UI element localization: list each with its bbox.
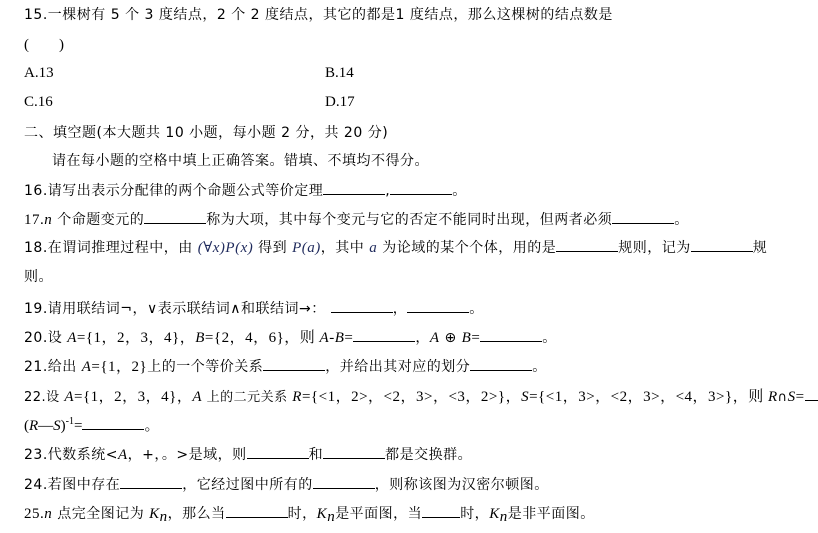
separator: ， bbox=[393, 301, 408, 317]
text: 时， bbox=[460, 506, 489, 522]
question-number: 17. bbox=[24, 212, 44, 228]
question-21: 21.给出 A={1，2}上的一个等价关系，并给出其对应的划分。 bbox=[24, 356, 547, 376]
answer-blank[interactable] bbox=[480, 327, 542, 342]
math-var: K bbox=[317, 506, 328, 522]
period: 。 bbox=[674, 212, 689, 228]
equals: = bbox=[796, 389, 805, 405]
math-var: A bbox=[67, 330, 77, 346]
question-15-text: 15.一棵树有 5 个 3 度结点，2 个 2 度结点，其它的都是1 度结点，那… bbox=[24, 7, 613, 23]
period: 。 bbox=[532, 359, 547, 375]
question-number: 25. bbox=[24, 506, 44, 522]
question-20: 20.设 A={1，2，3，4}，B={2，4，6}，则 A-B=，A ⊕ B=… bbox=[24, 327, 557, 347]
equals: = bbox=[344, 330, 353, 346]
option-a: A.13 bbox=[24, 65, 54, 82]
text: 20.设 bbox=[24, 330, 67, 346]
answer-blank[interactable] bbox=[323, 180, 385, 195]
question-19: 19.请用联结词¬，∨表示联结词∧和联结词→： ，。 bbox=[24, 298, 484, 318]
answer-blank[interactable] bbox=[313, 474, 375, 489]
separator: ， bbox=[415, 330, 430, 346]
answer-blank[interactable] bbox=[144, 209, 206, 224]
subscript: n bbox=[327, 509, 335, 525]
text: 得到 bbox=[253, 240, 292, 256]
text: 23.代数系统< bbox=[24, 447, 118, 463]
text: 和 bbox=[309, 447, 324, 463]
math-var: S bbox=[53, 418, 61, 434]
question-17: 17.n 个命题变元的称为大项，其中每个变元与它的否定不能同时出现，但两者必须。 bbox=[24, 209, 689, 229]
answer-blank[interactable] bbox=[390, 180, 452, 195]
set: ={1，2，3，4}， bbox=[74, 389, 192, 405]
question-16-text: 16.请写出表示分配律的两个命题公式等价定理 bbox=[24, 183, 323, 199]
text: 22.设 bbox=[24, 390, 64, 405]
question-25: 25.n 点完全图记为 Kn，那么当时，Kn是平面图，当时，Kn是非平面图。 bbox=[24, 503, 595, 523]
intersection-symbol: ∩ bbox=[778, 390, 788, 405]
relation-s: ={<1，3>，<2，3>，<4，3>}，则 bbox=[529, 389, 768, 405]
math-formula: P(a) bbox=[292, 240, 321, 256]
section-instruction: 请在每小题的空格中填上正确答案。错填、不填均不得分。 bbox=[52, 151, 429, 171]
text: 为论域的某个个体，用的是 bbox=[377, 240, 556, 256]
relation-r: ={<1，2>，<2，3>，<3，2>}， bbox=[302, 389, 521, 405]
period: 。 bbox=[542, 330, 557, 346]
negation-symbol: ¬ bbox=[120, 301, 132, 317]
set-b: ={2，4，6}，则 bbox=[205, 330, 320, 346]
text: 18.在谓词推理过程中，由 bbox=[24, 240, 198, 256]
text: 称为大项，其中每个变元与它的否定不能同时出现，但两者必须 bbox=[206, 212, 612, 228]
text: ，则称该图为汉密尔顿图。 bbox=[375, 477, 549, 493]
answer-blank[interactable] bbox=[470, 356, 532, 371]
math-var: K bbox=[489, 506, 500, 522]
text: 21.给出 bbox=[24, 359, 82, 375]
answer-blank[interactable] bbox=[556, 237, 618, 252]
math-var: R bbox=[29, 418, 38, 434]
question-15-answer-paren: ( ) bbox=[24, 35, 64, 55]
text: ，那么当 bbox=[168, 506, 226, 522]
inverse-exponent: -1 bbox=[66, 416, 74, 427]
answer-blank[interactable] bbox=[120, 474, 182, 489]
answer-blank[interactable] bbox=[422, 503, 460, 518]
text: 上的一个等价关系 bbox=[147, 359, 263, 375]
text: ，其中 bbox=[321, 240, 369, 256]
math-var: A bbox=[82, 359, 92, 375]
answer-blank[interactable] bbox=[331, 298, 393, 313]
implication-symbol: → bbox=[299, 301, 311, 317]
question-23: 23.代数系统<A，+，。>是域，则和都是交换群。 bbox=[24, 444, 472, 464]
math-var: A bbox=[64, 389, 74, 405]
text: 上的二元关系 bbox=[202, 390, 292, 405]
math-expr: A-B bbox=[320, 330, 345, 346]
question-15-stem: 15.一棵树有 5 个 3 度结点，2 个 2 度结点，其它的都是1 度结点，那… bbox=[24, 5, 613, 25]
text: ： bbox=[311, 301, 326, 317]
answer-blank[interactable] bbox=[612, 209, 674, 224]
set: ={1，2} bbox=[91, 359, 147, 375]
text: 是平面图，当 bbox=[335, 506, 422, 522]
disjunction-symbol: ∨ bbox=[147, 301, 158, 317]
text: ，并给出其对应的划分 bbox=[325, 359, 470, 375]
math-var: B bbox=[195, 330, 205, 346]
equals: = bbox=[74, 418, 82, 434]
period: 。 bbox=[144, 418, 159, 434]
text: 19.请用联结词 bbox=[24, 301, 120, 317]
period: 。 bbox=[452, 183, 467, 199]
question-22: 22.设 A={1，2，3，4}，A 上的二元关系 R={<1，2>，<2，3>… bbox=[24, 386, 818, 406]
text: 规 bbox=[753, 240, 768, 256]
math-var: B bbox=[462, 330, 472, 346]
text: ，它经过图中所有的 bbox=[182, 477, 313, 493]
question-22-continuation: (R—S)-1=。 bbox=[24, 415, 160, 435]
math-var: K bbox=[149, 506, 160, 522]
answer-blank[interactable] bbox=[407, 298, 469, 313]
answer-blank[interactable] bbox=[691, 237, 753, 252]
text: 时， bbox=[288, 506, 317, 522]
answer-blank[interactable] bbox=[805, 386, 818, 401]
math-var: A bbox=[430, 330, 440, 346]
answer-blank[interactable] bbox=[263, 356, 325, 371]
math-formula: (∀x)P(x) bbox=[198, 240, 254, 256]
answer-blank[interactable] bbox=[82, 415, 144, 430]
answer-blank[interactable] bbox=[353, 327, 415, 342]
option-c: C.16 bbox=[24, 94, 53, 111]
math-var: S bbox=[788, 389, 796, 405]
text: 24.若图中存在 bbox=[24, 477, 120, 493]
subscript: n bbox=[500, 509, 508, 525]
math-var: R bbox=[768, 389, 778, 405]
text: ， bbox=[133, 301, 148, 317]
question-18: 18.在谓词推理过程中，由 (∀x)P(x) 得到 P(a)，其中 a 为论域的… bbox=[24, 237, 767, 257]
set-a: ={1，2，3，4}， bbox=[77, 330, 195, 346]
math-var: A bbox=[118, 447, 128, 463]
question-16: 16.请写出表示分配律的两个命题公式等价定理,。 bbox=[24, 180, 467, 200]
text: 规则，记为 bbox=[618, 240, 691, 256]
question-24: 24.若图中存在，它经过图中所有的，则称该图为汉密尔顿图。 bbox=[24, 474, 549, 494]
subscript: n bbox=[160, 509, 168, 525]
question-18-continuation: 则。 bbox=[24, 267, 53, 287]
text: 是非平面图。 bbox=[508, 506, 595, 522]
text: 都是交换群。 bbox=[385, 447, 472, 463]
answer-blank[interactable] bbox=[247, 444, 309, 459]
difference-symbol: — bbox=[38, 418, 53, 434]
option-b: B.14 bbox=[325, 65, 354, 82]
text: ，+，。>是域，则 bbox=[128, 447, 247, 463]
conjunction-symbol: ∧ bbox=[230, 301, 241, 317]
period: 。 bbox=[469, 301, 484, 317]
answer-blank[interactable] bbox=[226, 503, 288, 518]
math-var: A bbox=[192, 389, 202, 405]
math-var: R bbox=[292, 389, 302, 405]
answer-blank[interactable] bbox=[323, 444, 385, 459]
equals: = bbox=[471, 330, 480, 346]
text: 表示联结词 bbox=[158, 301, 231, 317]
answer-paren: ( ) bbox=[24, 37, 64, 53]
text: 点完全图记为 bbox=[52, 506, 149, 522]
option-d: D.17 bbox=[325, 94, 355, 111]
math-var: S bbox=[521, 389, 529, 405]
section-title: 二、填空题(本大题共 10 小题，每小题 2 分，共 20 分) bbox=[24, 123, 388, 143]
text: 个命题变元的 bbox=[52, 212, 144, 228]
symmetric-difference-symbol: ⊕ bbox=[440, 330, 462, 346]
text: 和联结词 bbox=[241, 301, 299, 317]
